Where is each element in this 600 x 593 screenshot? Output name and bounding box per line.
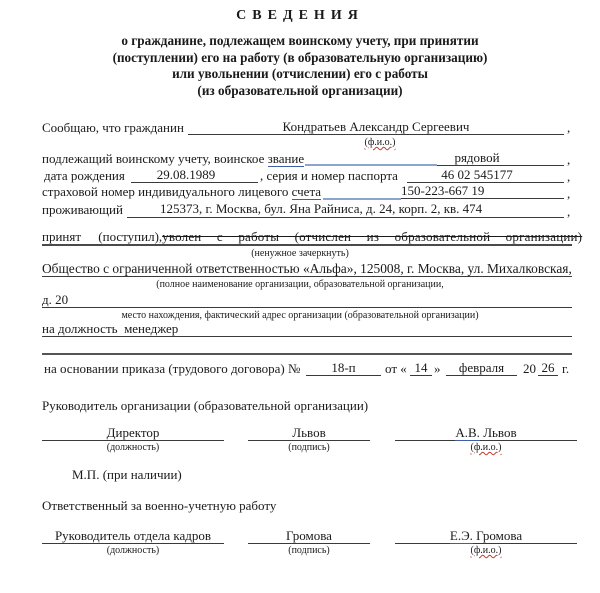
order-number-field[interactable]: 18-п — [306, 360, 381, 375]
subtitle-line: (из образовательной организации) — [0, 83, 600, 100]
responsible-signature-hint: (подпись) — [248, 545, 370, 557]
position-field[interactable]: менеджер — [124, 321, 178, 337]
head-fio-field[interactable]: А.В. Львов — [395, 425, 577, 440]
order-year-underline — [538, 375, 558, 376]
responsible-fio-hint: (ф.и.о.) — [395, 545, 577, 557]
order-label: на основании приказа (трудового договора… — [44, 361, 300, 376]
subtitle-line: о гражданине, подлежащем воинскому учету… — [0, 33, 600, 50]
order-day-field[interactable]: 14 — [410, 360, 432, 375]
organization-name-line2[interactable]: д. 20 — [42, 292, 68, 307]
comma: , — [567, 169, 570, 184]
head-fio-underline — [395, 440, 577, 441]
responsible-position-hint: (должность) — [42, 545, 224, 557]
subtitle-line: или увольнении (отчислении) его с работы — [0, 66, 600, 83]
head-section-label: Руководитель организации (образовательно… — [42, 398, 368, 413]
birth-underline — [131, 182, 258, 183]
order-year-field[interactable]: 26 — [538, 360, 558, 375]
snils-blue-underline — [323, 198, 401, 200]
status-struck: уволен с работы (отчислен из образовател… — [162, 229, 582, 244]
order-from-label: от « — [385, 361, 407, 376]
comma: , — [567, 120, 570, 135]
organization-underline1 — [42, 276, 572, 277]
order-number-underline — [306, 375, 381, 376]
head-position-field[interactable]: Директор — [42, 425, 224, 440]
comma: , — [567, 204, 570, 219]
comma: , — [567, 186, 570, 201]
address-underline — [127, 217, 564, 218]
rank-underline — [437, 165, 564, 166]
status-row: принят (поступил),уволен с работы (отчис… — [42, 229, 572, 244]
order-year-label: г. — [562, 361, 569, 376]
passport-label: , серия и номер паспорта — [260, 168, 398, 183]
position-underline — [42, 336, 572, 337]
status-underline — [42, 244, 572, 246]
birth-label: дата рождения — [44, 168, 125, 183]
organization-hint1: (полное наименование организации, образо… — [0, 279, 600, 291]
fio-hint: (ф.и.о.) — [340, 137, 420, 149]
head-fio-hint: (ф.и.о.) — [395, 442, 577, 454]
full-name-underline — [188, 134, 564, 135]
organization-name-line1[interactable]: Общество с ограниченной ответственностью… — [42, 261, 572, 276]
order-month-underline — [446, 375, 517, 376]
rank-field[interactable]: рядовой — [437, 150, 517, 165]
document-title: СВЕДЕНИЯ — [0, 8, 600, 24]
head-position-hint: (должность) — [42, 442, 224, 454]
snils-underline — [401, 198, 564, 199]
comma: , — [567, 152, 570, 167]
order-close-quote: » — [434, 361, 441, 376]
snils-label: страховой номер индивидуального лицевого… — [42, 184, 321, 199]
responsible-fio-underline — [395, 543, 577, 544]
address-label: проживающий — [42, 202, 123, 217]
snils-field[interactable]: 150-223-667 19 — [401, 183, 484, 198]
order-year-prefix: 20 — [523, 361, 536, 376]
head-signature-underline — [248, 440, 370, 441]
responsible-signature-underline — [248, 543, 370, 544]
position-row: на должность менеджер — [42, 321, 178, 336]
full-name-field[interactable]: Кондратьев Александр Сергеевич — [188, 119, 564, 134]
head-signature-field[interactable]: Львов — [248, 425, 370, 440]
responsible-section-label: Ответственный за военно-учетную работу — [42, 498, 276, 513]
organization-underline2 — [42, 307, 572, 308]
position-underline-2 — [42, 353, 572, 355]
stamp-label: М.П. (при наличии) — [72, 467, 182, 482]
order-month-field[interactable]: февраля — [446, 360, 517, 375]
subtitle-line: (поступлении) его на работу (в образоват… — [0, 50, 600, 67]
status-hint: (ненужное зачеркнуть) — [0, 248, 600, 260]
responsible-fio-field[interactable]: Е.Э. Громова — [395, 528, 577, 543]
rank-label: подлежащий воинскому учету, воинское зва… — [42, 151, 304, 166]
address-field[interactable]: 125373, г. Москва, бул. Яна Райниса, д. … — [160, 201, 482, 216]
head-signature-hint: (подпись) — [248, 442, 370, 454]
document-subtitle: о гражданине, подлежащем воинскому учету… — [0, 33, 600, 99]
citizen-intro-label: Сообщаю, что гражданин — [42, 120, 184, 135]
status-kept: принят (поступил), — [42, 229, 162, 244]
head-position-underline — [42, 440, 224, 441]
responsible-position-underline — [42, 543, 224, 544]
responsible-position-field[interactable]: Руководитель отдела кадров — [42, 528, 224, 543]
passport-field[interactable]: 46 02 545177 — [407, 167, 547, 182]
responsible-signature-field[interactable]: Громова — [248, 528, 370, 543]
rank-blue-underline — [305, 164, 437, 166]
order-day-underline — [410, 375, 432, 376]
birth-date-field[interactable]: 29.08.1989 — [131, 167, 241, 182]
